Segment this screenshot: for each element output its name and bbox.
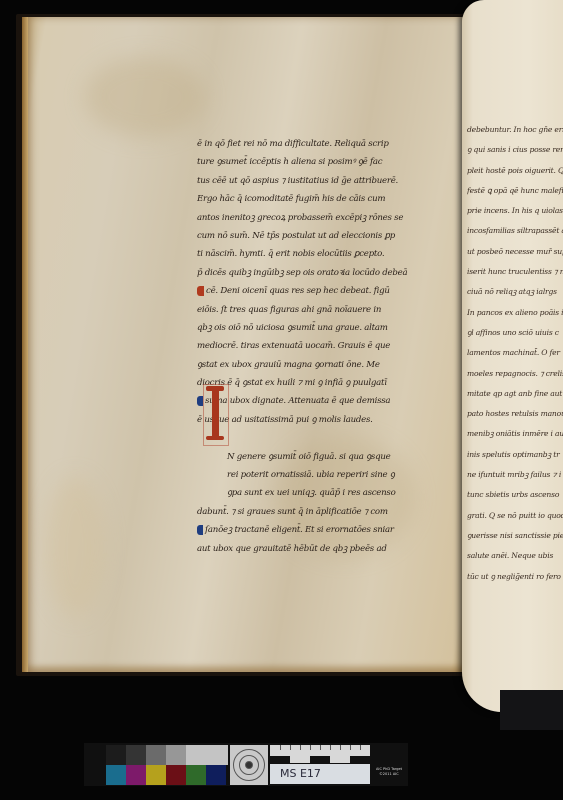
recto-line: tūc ut ꝯ neglig̃enti ro fero [467,567,563,587]
gray-swatch [86,745,106,765]
shelfmark-label: MS E17 [270,764,370,784]
text-span: ſanōeꝫ tractanē eligent̄. Et si erornatō… [205,525,394,535]
gray-swatch [186,745,228,765]
target-credit: AIC PhD Target ©2011 AIC [372,767,406,777]
gray-swatch [166,745,186,765]
text-line: ꝯstat ex ubox grauiū magna ꝯornati ōne. … [197,356,409,374]
color-swatch [186,765,206,785]
text-line: cum nō sum̄. Nē tp̄s postulat ut ad elec… [197,227,409,245]
recto-line: debebuntur. In hoc gn̄e erit ei [467,120,563,140]
text-line: eiōis. ſt tres quas figuras ahi gnā noīa… [197,301,409,319]
recto-line: festē ꝗ opā qē hunc malefico [467,181,563,201]
recto-line: ciuā nō reliqꝫ atqꝫ ialrgs [467,282,563,302]
color-swatch [126,765,146,785]
initial-serif [206,436,224,440]
water-stain [45,477,105,617]
gray-swatch [126,745,146,765]
color-swatch [106,765,126,785]
text-line: ꝯpa sunt ex uei uniqꝫ. quāp̄ i res ascen… [197,484,409,502]
recto-line: ꝯuerisse nisi sanctissie pie [467,526,563,546]
text-line: N genere ꝯsumit̄ oiō figuā. si qua ꝯsque [197,448,409,466]
text-line: aut ubox que grauitatē hēbūt de qbꝫ pbeē… [197,540,409,558]
recto-text-block: debebuntur. In hoc gn̄e erit ei ꝯ qui sa… [467,120,563,587]
measurement-ruler [270,745,370,763]
recto-line: inis spelutis optimanbꝫ tr [467,445,563,465]
recto-line: In pancos ex alieno poāis i uim [467,303,563,323]
recto-line: ꝯ qui sanis i cius posse reroci ꝑ [467,140,563,160]
recto-line: mitate qp agt anb fine aut co [467,384,563,404]
recto-shadow [500,690,563,730]
text-line-with-red-paragraph-mark: cē. Deni oicenī quas res sep hec debeat.… [197,282,409,300]
text-line: antos inenitoꝫ grecoꝝ probassem̄ excēpiꝫ… [197,209,409,227]
verso-text-block: ē in qō fiet rei nō ma difficultate. Rel… [197,135,409,558]
red-initial-I-icon [206,384,224,442]
text-line: ture ꝯsumet̄ iccēptis h aliena si posimꝰ… [197,153,409,171]
text-line: p̄ dicēs quibꝫ ingūibꝫ sep ois oratoꝛia … [197,264,409,282]
recto-line: ut posbeō necesse mur̄ supplic [467,242,563,262]
recto-line: grati. Q se nō puitt io quod [467,506,563,526]
color-swatch [86,765,106,785]
recto-line: iserit hunc truculentiss ⁊ nefari [467,262,563,282]
text-span: suma ubox dignate. Attenuata ē que demis… [205,396,390,406]
water-stain [85,57,205,137]
text-line: ti nāscim̄. hymti. q̄ erit nobis elocūti… [197,245,409,263]
blue-paragraph-mark-icon [197,525,203,535]
color-calibration-target: MS E17 AIC PhD Target ©2011 AIC [84,743,408,786]
text-line: tus cēē ut qō aspius ⁊ iustitatius id ḡe… [197,172,409,190]
recto-line: ne ifuntuit mribꝫ failus ⁊ i [467,465,563,485]
focus-target-icon [230,745,268,785]
gray-swatch [146,745,166,765]
color-swatch [206,765,226,785]
recto-line: lamentos machinat̄. O fer [467,343,563,363]
color-swatch [146,765,166,785]
credit-line: ©2011 AIC [372,772,406,777]
text-line-with-blue-paragraph-mark: ſanōeꝫ tractanē eligent̄. Et si erornatō… [197,521,409,539]
recto-line: incosfamilias siltrapassēt aliqu [467,221,563,241]
red-paragraph-mark-icon [197,286,204,296]
recto-line: prie incens. In his q uiolasset [467,201,563,221]
initial-stem [212,390,219,440]
text-line: qbꝫ ois oiō nō uiciosa ꝯsumit̄ una graue… [197,319,409,337]
text-line: ē in qō fiet rei nō ma difficultate. Rel… [197,135,409,153]
text-line: rei poterit ornatissiā. ubia reperiri si… [197,466,409,484]
recto-line: moeles repagnocis. ⁊ crelisto [467,364,563,384]
page-gilt-edge [22,17,28,672]
recto-text-span: lamentos machinat̄. O fer [467,348,560,357]
recto-line: menibꝫ oniātis inmēre i au [467,424,563,444]
recto-line: salute anēi. Neque ubis [467,546,563,566]
text-line: dabunt̄. ⁊ si graues sunt q̄ in āplifica… [197,503,409,521]
recto-line: ꝯl affinos uno sciō uiuis c [467,323,563,343]
text-line: Ergo hāc q̄ icomoditatē fugim̄ his de cā… [197,190,409,208]
recto-line: pleit hostē pois oiguerit. Qō [467,161,563,181]
text-span: cē. Deni oicenī quas res sep hec debeat.… [206,286,390,296]
color-swatch [166,765,186,785]
recto-line: pato hostes retulsis manoui [467,404,563,424]
gray-swatch [106,745,126,765]
recto-line: tunc sbietis urbs ascenso [467,485,563,505]
text-line: mediocrē. tiras extenuatā uocam̄. Grauis… [197,337,409,355]
